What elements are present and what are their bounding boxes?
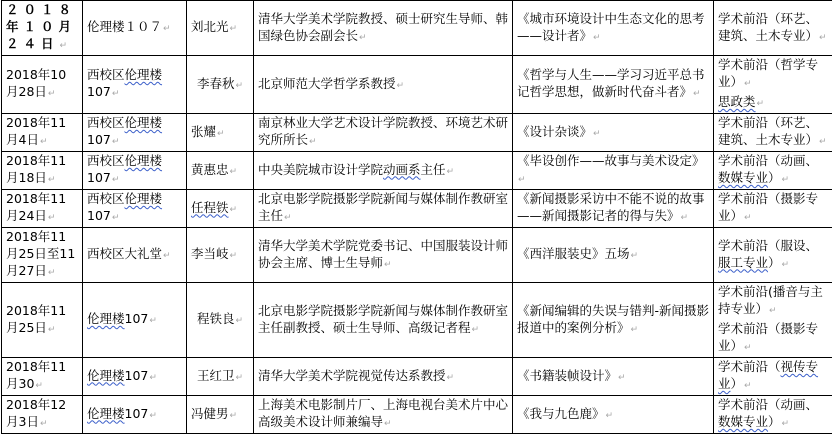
title-role-cell: 上海美术电影制片厂、上海电视台美术片中心高级美术设计师兼编导↵	[254, 396, 513, 400]
topic-cell: 《新闻编辑的失误与错判-新闻摄影报道中的案例分析》↵	[513, 283, 714, 358]
table-row: 2018年11月25日↵ 伦理楼107↵ 程铁良↵ 北京电影学院摄影学院新闻与媒…	[2, 283, 832, 358]
paragraph-mark-icon: ↵	[757, 99, 765, 109]
category-spellcheck: 数媒专业	[718, 170, 768, 185]
place-cell: 西校区伦理楼107↵	[83, 190, 187, 228]
category-text: 学术前沿（哲学专业）	[718, 57, 818, 89]
place-text-spellcheck: 伦理楼	[125, 67, 163, 82]
paragraph-mark-icon: ↵	[518, 175, 526, 185]
paragraph-mark-icon: ↵	[48, 213, 56, 223]
title-role-text: 北京电影学院摄影学院新闻与媒体制作教研室主任	[258, 191, 508, 223]
topic-text: 《新闻摄影采访中不能不说的故事——新闻摄影记者的得与失》	[517, 191, 705, 223]
speaker-text: 张耀	[191, 124, 216, 139]
title-role-cell: 北京电影学院摄影学院新闻与媒体制作教研室主任↵	[254, 190, 513, 228]
place-text-spellcheck: 伦理楼	[125, 153, 163, 168]
date-text: 2018年11月25日至11月27日	[6, 229, 75, 278]
paragraph-mark-icon: ↵	[163, 251, 171, 261]
paragraph-mark-icon: ↵	[631, 251, 639, 261]
place-room: 107	[125, 368, 149, 383]
speaker-text: 任程铁	[191, 200, 229, 215]
place-room: 107	[87, 84, 111, 99]
paragraph-mark-icon: ↵	[40, 137, 48, 147]
place-text-spellcheck: 伦理楼	[87, 311, 125, 326]
title-role-text: 北京师范大学哲学系教授	[258, 76, 396, 91]
speaker-text: 李当岐	[191, 246, 229, 261]
speaker-text: 刘北光	[191, 19, 229, 34]
paragraph-mark-icon: ↵	[309, 137, 317, 147]
paragraph-mark-icon: ↵	[782, 175, 790, 185]
paragraph-mark-icon: ↵	[112, 89, 120, 99]
topic-text: 《城市环境设计中生态文化的思考——设计者》	[517, 11, 705, 43]
date-cell: 2018年11月4日↵	[2, 114, 83, 152]
place-text-spellcheck: 伦理楼	[125, 115, 163, 130]
date-cell: 2018年11月25日至11月27日↵	[2, 228, 83, 283]
lecture-schedule-table: ２０１８年１０月２４日↵ 伦理楼１０７↵ 刘北光↵ 清华大学美术学院教授、硕士研…	[1, 0, 832, 399]
place-cell: 伦理楼107↵	[83, 396, 187, 400]
paragraph-mark-icon: ↵	[230, 251, 238, 261]
category-cell: 学术前沿（环艺、建筑、土木专业）↵	[714, 1, 832, 56]
category-text: 学术前沿（服设、	[718, 238, 818, 253]
paragraph-mark-icon: ↵	[230, 24, 238, 34]
paragraph-mark-icon: ↵	[48, 175, 56, 185]
place-text-spellcheck: 伦理楼	[125, 191, 163, 206]
speaker-cell: 王红卫↵	[187, 358, 254, 396]
category-cell: 学术前沿(播音与主持专业）↵学术前沿（摄影专业）↵	[714, 283, 832, 358]
date-cell: 2018年11月24日↵	[2, 190, 83, 228]
speaker-cell: 程铁良↵	[187, 283, 254, 358]
paragraph-mark-icon: ↵	[235, 81, 243, 91]
category-text: 学术前沿（摄影专业）	[718, 321, 818, 353]
category-text: 学术前沿（摄影专业）	[718, 191, 818, 223]
speaker-cell: 李当岐↵	[187, 228, 254, 283]
date-text: 2018年11月18日	[6, 153, 66, 185]
title-role-cell: 清华大学美术学院视觉传达系教授↵	[254, 358, 513, 396]
paragraph-mark-icon: ↵	[472, 325, 480, 335]
table-row: 2018年10月28日↵ 西校区伦理楼107↵ 李春秋↵ 北京师范大学哲学系教授…	[2, 56, 832, 114]
paragraph-mark-icon: ↵	[384, 260, 392, 270]
paragraph-mark-icon: ↵	[48, 325, 56, 335]
place-cell: 西校区伦理楼107↵	[83, 114, 187, 152]
date-cell: 2018年11月30↵	[2, 358, 83, 396]
table-row: 2018年12月3日↵ 伦理楼107↵ 冯健男↵ 上海美术电影制片厂、上海电视台…	[2, 396, 832, 400]
paragraph-mark-icon: ↵	[235, 373, 243, 383]
title-role-cell: 清华大学美术学院党委书记、中国服装设计师协会主席、博士生导师↵	[254, 228, 513, 283]
topic-cell: 《哲学与人生——学习习近平总书记哲学思想，做新时代奋斗者》↵	[513, 56, 714, 114]
place-cell: 伦理楼１０７↵	[83, 1, 187, 56]
paragraph-mark-icon: ↵	[397, 81, 405, 91]
paragraph-mark-icon: ↵	[782, 260, 790, 270]
category-cell: 学术前沿（环艺、建筑、土木专业）↵	[714, 114, 832, 152]
place-text-spellcheck: 伦理楼	[87, 368, 125, 383]
topic-text: 《毕设创作——故事与美术设定》	[517, 153, 705, 168]
date-cell: 2018年10月28日↵	[2, 56, 83, 114]
category-cell: 学术前沿（摄影专业）↵	[714, 190, 832, 228]
date-cell: 2018年11月25日↵	[2, 283, 83, 358]
paragraph-mark-icon: ↵	[631, 325, 639, 335]
place-text: 西校区	[87, 115, 125, 130]
paragraph-mark-icon: ↵	[284, 213, 292, 223]
category-cell: 学术前沿（哲学专业）↵思政类↵	[714, 56, 832, 114]
paragraph-mark-icon: ↵	[447, 167, 455, 177]
table-row: 2018年11月30↵ 伦理楼107↵ 王红卫↵ 清华大学美术学院视觉传达系教授…	[2, 358, 832, 396]
place-cell: 西校区伦理楼107↵	[83, 152, 187, 190]
paragraph-mark-icon: ↵	[819, 33, 827, 43]
category-text: 学术前沿（	[718, 359, 781, 374]
category-text: 学术前沿（环艺、建筑、土木专业）	[718, 11, 818, 43]
table-row: ２０１８年１０月２４日↵ 伦理楼１０７↵ 刘北光↵ 清华大学美术学院教授、硕士研…	[2, 1, 832, 56]
category-text: ）	[768, 255, 781, 270]
paragraph-mark-icon: ↵	[112, 175, 120, 185]
paragraph-mark-icon: ↵	[230, 205, 238, 215]
title-role-text: 北京电影学院摄影学院新闻与媒体制作教研室主任副教授、硕士生导师、高级记者程	[258, 303, 508, 335]
place-text: 伦理楼１０７	[87, 19, 162, 34]
title-role-text: 主任	[421, 162, 446, 177]
topic-cell: 《毕设创作——故事与美术设定》↵	[513, 152, 714, 190]
title-role-cell: 南京林业大学艺术设计学院教授、环境艺术研究所所长↵	[254, 114, 513, 152]
table-row: 2018年11月24日↵ 西校区伦理楼107↵ 任程铁↵ 北京电影学院摄影学院新…	[2, 190, 832, 228]
category-cell: 学术前沿（动画、数媒专业）↵	[714, 152, 832, 190]
paragraph-mark-icon: ↵	[593, 33, 601, 43]
speaker-cell: 任程铁↵	[187, 190, 254, 228]
paragraph-mark-icon: ↵	[744, 79, 752, 89]
title-role-cell: 中央美院城市设计学院动画系主任↵	[254, 152, 513, 190]
date-text: 2018年10月28日	[6, 67, 66, 99]
paragraph-mark-icon: ↵	[112, 137, 120, 147]
paragraph-mark-icon: ↵	[744, 343, 752, 353]
paragraph-mark-icon: ↵	[163, 24, 171, 34]
paragraph-mark-icon: ↵	[693, 89, 701, 99]
paragraph-mark-icon: ↵	[217, 129, 225, 139]
title-role-text: 中央美院城市设计学院	[258, 162, 383, 177]
speaker-cell: 张耀↵	[187, 114, 254, 152]
place-room: 107	[87, 170, 111, 185]
speaker-cell: 刘北光↵	[187, 1, 254, 56]
place-text: 西校区	[87, 153, 125, 168]
place-room: 107	[125, 311, 149, 326]
place-room: 107	[87, 208, 111, 223]
title-role-cell: 清华大学美术学院教授、硕士研究生导师、韩国绿色协会副会长↵	[254, 1, 513, 56]
table-row: 2018年11月4日↵ 西校区伦理楼107↵ 张耀↵ 南京林业大学艺术设计学院教…	[2, 114, 832, 152]
speaker-text: 程铁良	[197, 311, 235, 326]
topic-text: 《书籍装帧设计》	[517, 368, 617, 383]
place-text: 西校区大礼堂	[87, 246, 162, 261]
paragraph-mark-icon: ↵	[618, 373, 626, 383]
table-row: 2018年11月18日↵ 西校区伦理楼107↵ 黄惠忠↵ 中央美院城市设计学院动…	[2, 152, 832, 190]
topic-cell: 《西洋服装史》五场↵	[513, 228, 714, 283]
place-text: 西校区	[87, 67, 125, 82]
paragraph-mark-icon: ↵	[681, 213, 689, 223]
title-role-cell: 北京电影学院摄影学院新闻与媒体制作教研室主任副教授、硕士生导师、高级记者程↵	[254, 283, 513, 358]
topic-text: 《西洋服装史》五场	[517, 246, 630, 261]
category-text: ）	[731, 376, 744, 391]
topic-cell: 《城市环境设计中生态文化的思考——设计者》↵	[513, 1, 714, 56]
place-cell: 西校区大礼堂↵	[83, 228, 187, 283]
title-role-spellcheck: 动画系	[383, 162, 421, 177]
category-cell: 学术前沿（动画、数媒专业）↵	[714, 396, 832, 400]
speaker-text: 黄惠忠	[191, 162, 229, 177]
category-text: 学术前沿（环艺、建筑、土木专业）	[718, 115, 818, 147]
date-text: 2018年11月25日	[6, 303, 66, 335]
paragraph-mark-icon: ↵	[744, 213, 752, 223]
paragraph-mark-icon: ↵	[235, 316, 243, 326]
topic-cell: 《设计杂谈》↵	[513, 114, 714, 152]
title-role-text: 清华大学美术学院教授、硕士研究生导师、韩国绿色协会副会长	[258, 11, 508, 43]
paragraph-mark-icon: ↵	[112, 213, 120, 223]
title-role-text: 清华大学美术学院党委书记、中国服装设计师协会主席、博士生导师	[258, 238, 508, 270]
paragraph-mark-icon: ↵	[447, 373, 455, 383]
paragraph-mark-icon: ↵	[48, 268, 56, 278]
speaker-cell: 黄惠忠↵	[187, 152, 254, 190]
date-cell: ２０１８年１０月２４日↵	[2, 1, 83, 56]
paragraph-mark-icon: ↵	[149, 316, 157, 326]
speaker-cell: 李春秋↵	[187, 56, 254, 114]
topic-text: 《设计杂谈》	[517, 124, 592, 139]
date-cell: 2018年12月3日↵	[2, 396, 83, 400]
speaker-cell: 冯健男↵	[187, 396, 254, 400]
topic-cell: 《我与九色鹿》↵	[513, 396, 714, 400]
paragraph-mark-icon: ↵	[48, 89, 56, 99]
speaker-text: 王红卫	[197, 368, 235, 383]
paragraph-mark-icon: ↵	[35, 381, 43, 391]
topic-cell: 《书籍装帧设计》↵	[513, 358, 714, 396]
title-role-text: 清华大学美术学院视觉传达系教授	[258, 368, 446, 383]
place-room: 107	[87, 132, 111, 147]
category-text: 思政类	[718, 94, 756, 109]
category-cell: 学术前沿（视传专业）↵	[714, 358, 832, 396]
topic-cell: 《新闻摄影采访中不能不说的故事——新闻摄影记者的得与失》↵	[513, 190, 714, 228]
paragraph-mark-icon: ↵	[230, 167, 238, 177]
topic-text: 《新闻编辑的失误与错判-新闻摄影报道中的案例分析》	[517, 303, 709, 335]
category-spellcheck: 服工专业	[718, 255, 768, 270]
place-cell: 西校区伦理楼107↵	[83, 56, 187, 114]
date-text: 2018年11月4日	[6, 115, 66, 147]
category-text: ）	[768, 170, 781, 185]
paragraph-mark-icon: ↵	[819, 137, 827, 147]
category-text: 学术前沿（动画、	[718, 153, 818, 168]
paragraph-mark-icon: ↵	[769, 306, 777, 316]
date-text: 2018年11月24日	[6, 191, 66, 223]
place-cell: 伦理楼107↵	[83, 283, 187, 358]
category-cell: 学术前沿（服设、服工专业）↵	[714, 228, 832, 283]
paragraph-mark-icon: ↵	[60, 41, 68, 51]
place-cell: 伦理楼107↵	[83, 358, 187, 396]
date-cell: 2018年11月18日↵	[2, 152, 83, 190]
topic-text: 《哲学与人生——学习习近平总书记哲学思想，做新时代奋斗者》	[517, 67, 705, 99]
table-row: 2018年11月25日至11月27日↵ 西校区大礼堂↵ 李当岐↵ 清华大学美术学…	[2, 228, 832, 283]
speaker-text: 李春秋	[197, 76, 235, 91]
title-role-cell: 北京师范大学哲学系教授↵	[254, 56, 513, 114]
paragraph-mark-icon: ↵	[149, 373, 157, 383]
place-text: 西校区	[87, 191, 125, 206]
title-role-text: 南京林业大学艺术设计学院教授、环境艺术研究所所长	[258, 115, 508, 147]
paragraph-mark-icon: ↵	[744, 381, 752, 391]
paragraph-mark-icon: ↵	[359, 33, 367, 43]
paragraph-mark-icon: ↵	[593, 129, 601, 139]
